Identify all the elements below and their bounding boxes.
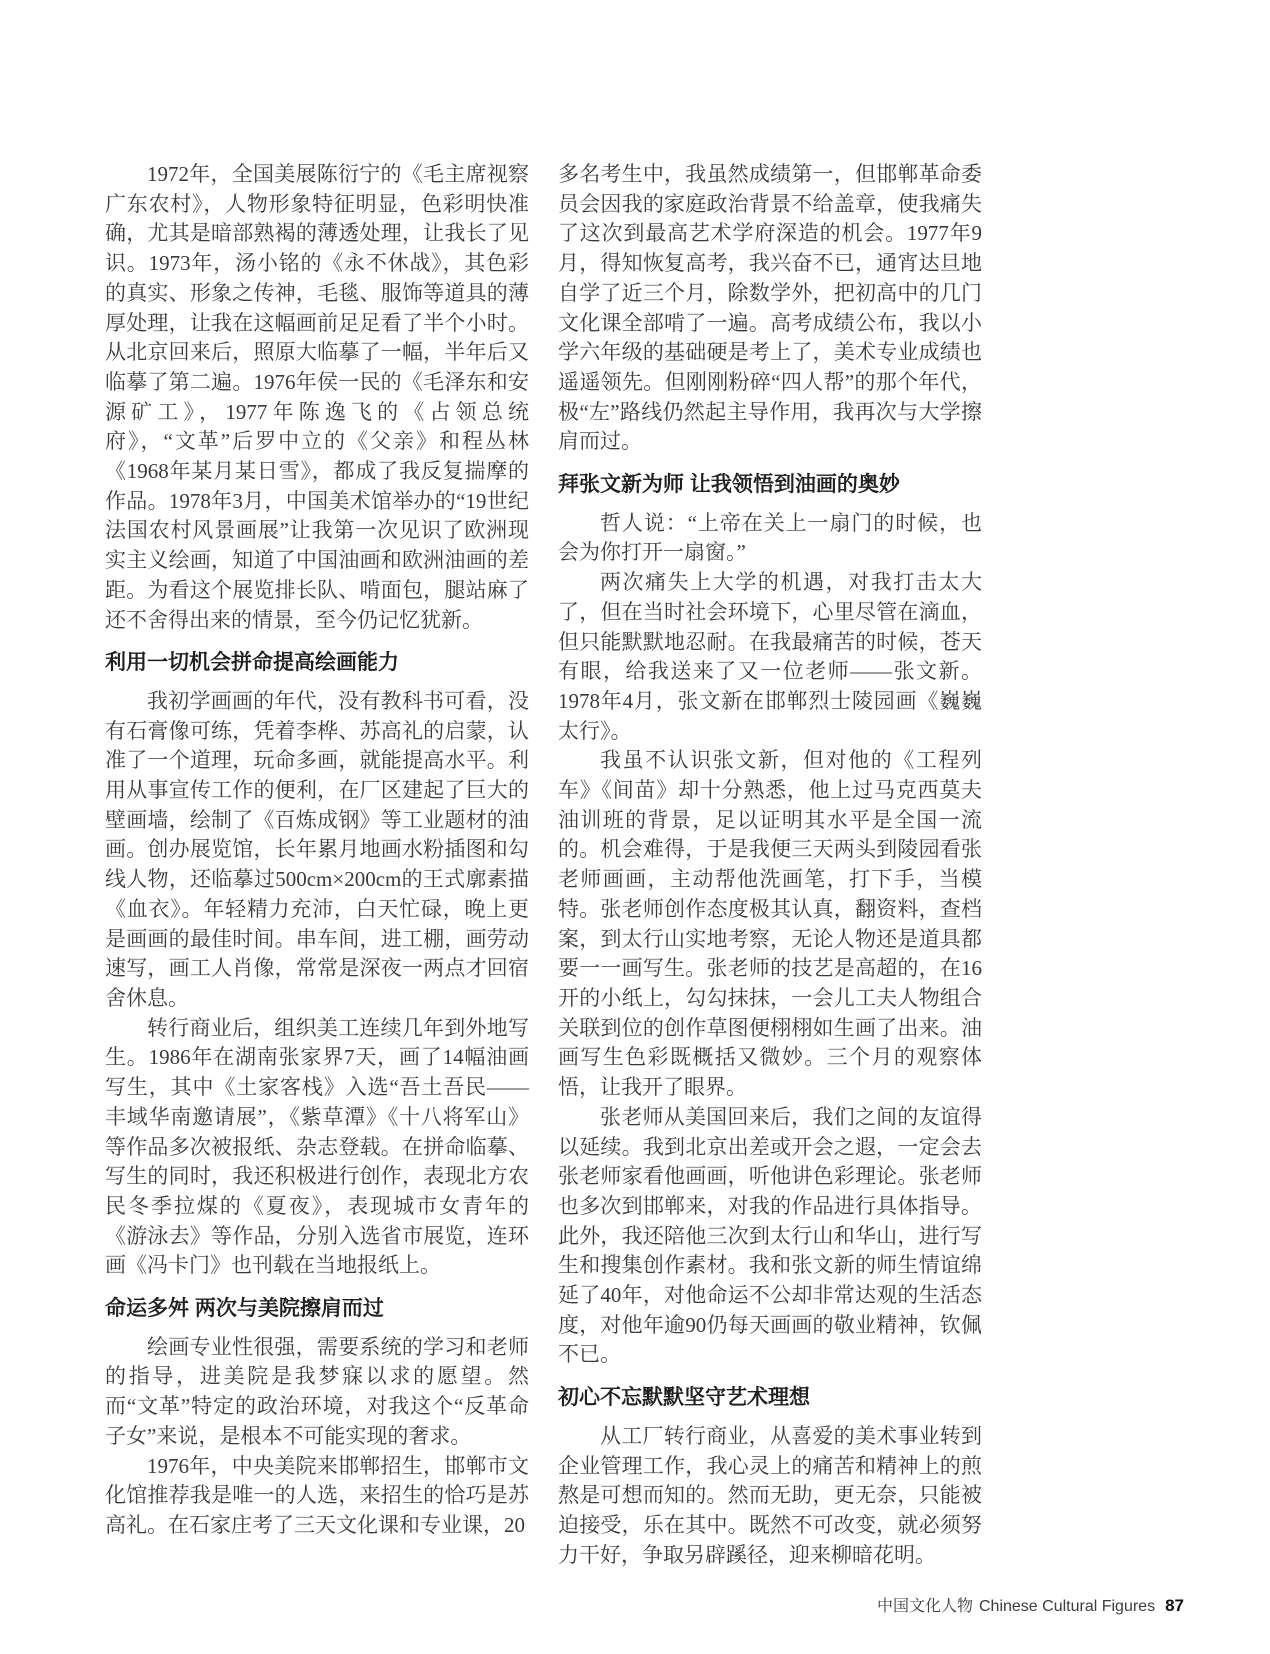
journal-title-en: Chinese Cultural Figures <box>979 1598 1155 1615</box>
page-footer: 中国文化人物Chinese Cultural Figures87 <box>877 1593 1184 1616</box>
magazine-page: 1972年，全国美展陈衍宁的《毛主席视察广东农村》，人物形象特征明显，色彩明快准… <box>0 0 1270 1654</box>
paragraph-continuation: 多名考生中，我虽然成绩第一，但邯郸革命委员会因我的家庭政治背景不给盖章，使我痛失… <box>558 160 982 457</box>
section-heading: 命运多舛 两次与美院擦肩而过 <box>105 1294 529 1324</box>
paragraph: 两次痛失上大学的机遇，对我打击太大了，但在当时社会环境下，心里尽管在滴血，但只能… <box>558 568 982 746</box>
paragraph: 转行商业后，组织美工连续几年到外地写生。1986年在湖南张家界7天，画了14幅油… <box>105 1014 529 1281</box>
left-column: 1972年，全国美展陈衍宁的《毛主席视察广东农村》，人物形象特征明显，色彩明快准… <box>105 160 529 1541</box>
right-column: 多名考生中，我虽然成绩第一，但邯郸革命委员会因我的家庭政治背景不给盖章，使我痛失… <box>558 160 982 1570</box>
page-number: 87 <box>1165 1596 1184 1615</box>
paragraph: 1976年，中央美院来邯郸招生，邯郸市文化馆推荐我是唯一的人选，来招生的恰巧是苏… <box>105 1452 529 1541</box>
paragraph: 我初学画画的年代，没有教科书可看，没有石膏像可练，凭着李桦、苏高礼的启蒙，认准了… <box>105 687 529 1014</box>
paragraph: 绘画专业性很强，需要系统的学习和老师的指导，进美院是我梦寐以求的愿望。然而“文革… <box>105 1333 529 1452</box>
journal-title-cn: 中国文化人物 <box>877 1598 973 1615</box>
paragraph: 我虽不认识张文新，但对他的《工程列车》《间苗》却十分熟悉，他上过马克西莫夫油训班… <box>558 746 982 1102</box>
section-heading: 利用一切机会拼命提高绘画能力 <box>105 648 529 678</box>
paragraph: 从工厂转行商业，从喜爱的美术事业转到企业管理工作，我心灵上的痛苦和精神上的煎熬是… <box>558 1422 982 1571</box>
section-heading: 拜张文新为师 让我领悟到油画的奥妙 <box>558 470 982 500</box>
section-heading: 初心不忘默默坚守艺术理想 <box>558 1383 982 1413</box>
paragraph: 张老师从美国回来后，我们之间的友谊得以延续。我到北京出差或开会之遐，一定会去张老… <box>558 1103 982 1370</box>
paragraph: 1972年，全国美展陈衍宁的《毛主席视察广东农村》，人物形象特征明显，色彩明快准… <box>105 160 529 635</box>
paragraph: 哲人说：“上帝在关上一扇门的时候，也会为你打开一扇窗。” <box>558 509 982 568</box>
